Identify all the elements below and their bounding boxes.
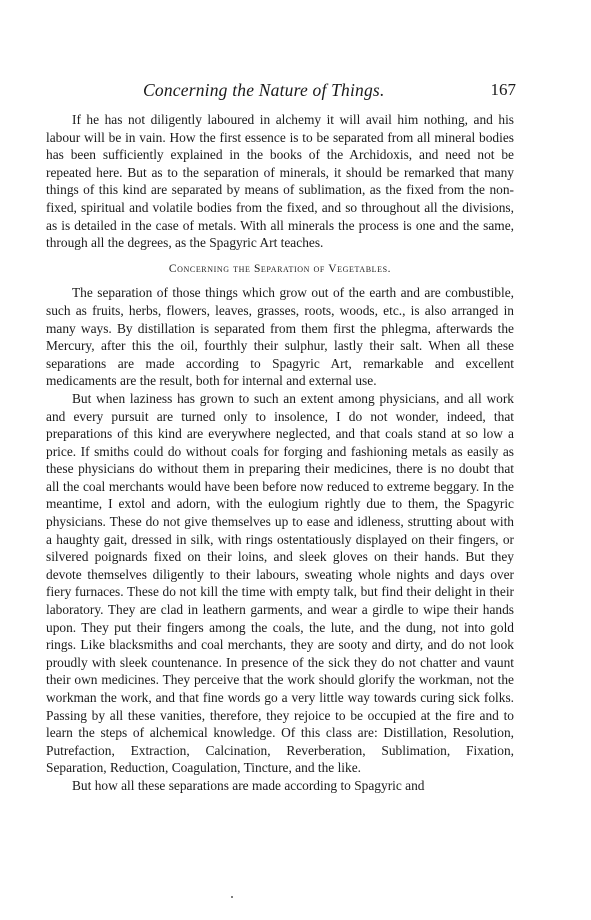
paragraph: But how all these separations are made a… — [46, 777, 514, 795]
page-header: Concerning the Nature of Things. 167 — [46, 80, 516, 104]
paragraph: The separation of those things which gro… — [46, 284, 514, 390]
page-body: If he has not diligently laboured in alc… — [46, 111, 514, 795]
paragraph: If he has not diligently laboured in alc… — [46, 111, 514, 252]
print-speck — [231, 896, 233, 898]
running-title: Concerning the Nature of Things. — [143, 80, 385, 101]
page-number: 167 — [491, 80, 517, 100]
section-heading: Concerning the Separation of Vegetables. — [46, 261, 514, 279]
paragraph: But when laziness has grown to such an e… — [46, 390, 514, 777]
